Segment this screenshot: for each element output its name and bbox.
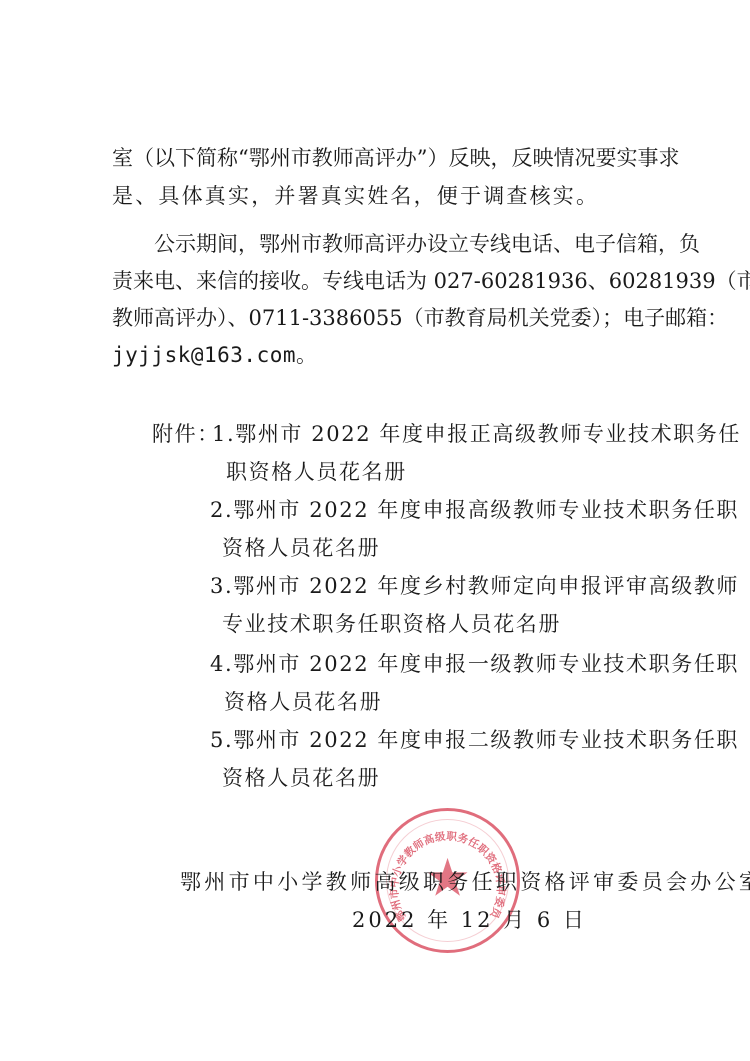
attachment-3-line-1: 3.鄂州市 2022 年度乡村教师定向申报评审高级教师	[210, 574, 739, 598]
attachment-5-line-1: 5.鄂州市 2022 年度申报二级教师专业技术职务任职	[210, 728, 739, 752]
attachment-2-line-2: 资格人员花名册	[222, 536, 380, 560]
document-page: 室（以下简称“鄂州市教师高评办”）反映，反映情况要实事求 是、具体真实，并署真实…	[0, 0, 750, 1061]
signature-date: 2022 年 12 月 6 日	[352, 908, 587, 932]
paragraph-1-line-1: 室（以下简称“鄂州市教师高评办”）反映，反映情况要实事求	[112, 146, 657, 170]
paragraph-2-line-1: 公示期间，鄂州市教师高评办设立专线电话、电子信箱，负	[154, 232, 657, 256]
signature-organization: 鄂州市中小学教师高级职务任职资格评审委员会办公室	[180, 870, 750, 894]
attachment-4-line-1: 4.鄂州市 2022 年度申报一级教师专业技术职务任职	[210, 652, 739, 676]
paragraph-2-line-2: 责来电、来信的接收。专线电话为 027-60281936、60281939（市	[112, 269, 657, 293]
attachment-2-line-1: 2.鄂州市 2022 年度申报高级教师专业技术职务任职	[210, 498, 739, 522]
contact-email: jyjjsk@163.com。	[112, 343, 657, 367]
attachment-4-line-2: 资格人员花名册	[224, 690, 382, 714]
attachment-1-line-1: 1.鄂州市 2022 年度申报正高级教师专业技术职务任	[212, 422, 741, 446]
attachment-3-line-2: 专业技术职务任职资格人员花名册	[222, 612, 561, 636]
attachment-1-line-2: 职资格人员花名册	[226, 460, 407, 484]
attachment-5-line-2: 资格人员花名册	[222, 766, 380, 790]
svg-text:鄂州市中小学教师高级职务任职资格评审委员会办公室: 鄂州市中小学教师高级职务任职资格评审委员会办公室	[378, 811, 507, 923]
paragraph-2-line-3: 教师高评办）、0711-3386055（市教育局机关党委）；电子邮箱：	[112, 306, 657, 330]
attachments-label: 附件：	[152, 422, 220, 446]
paragraph-1-line-2: 是、具体真实，并署真实姓名，便于调查核实。	[112, 184, 657, 208]
